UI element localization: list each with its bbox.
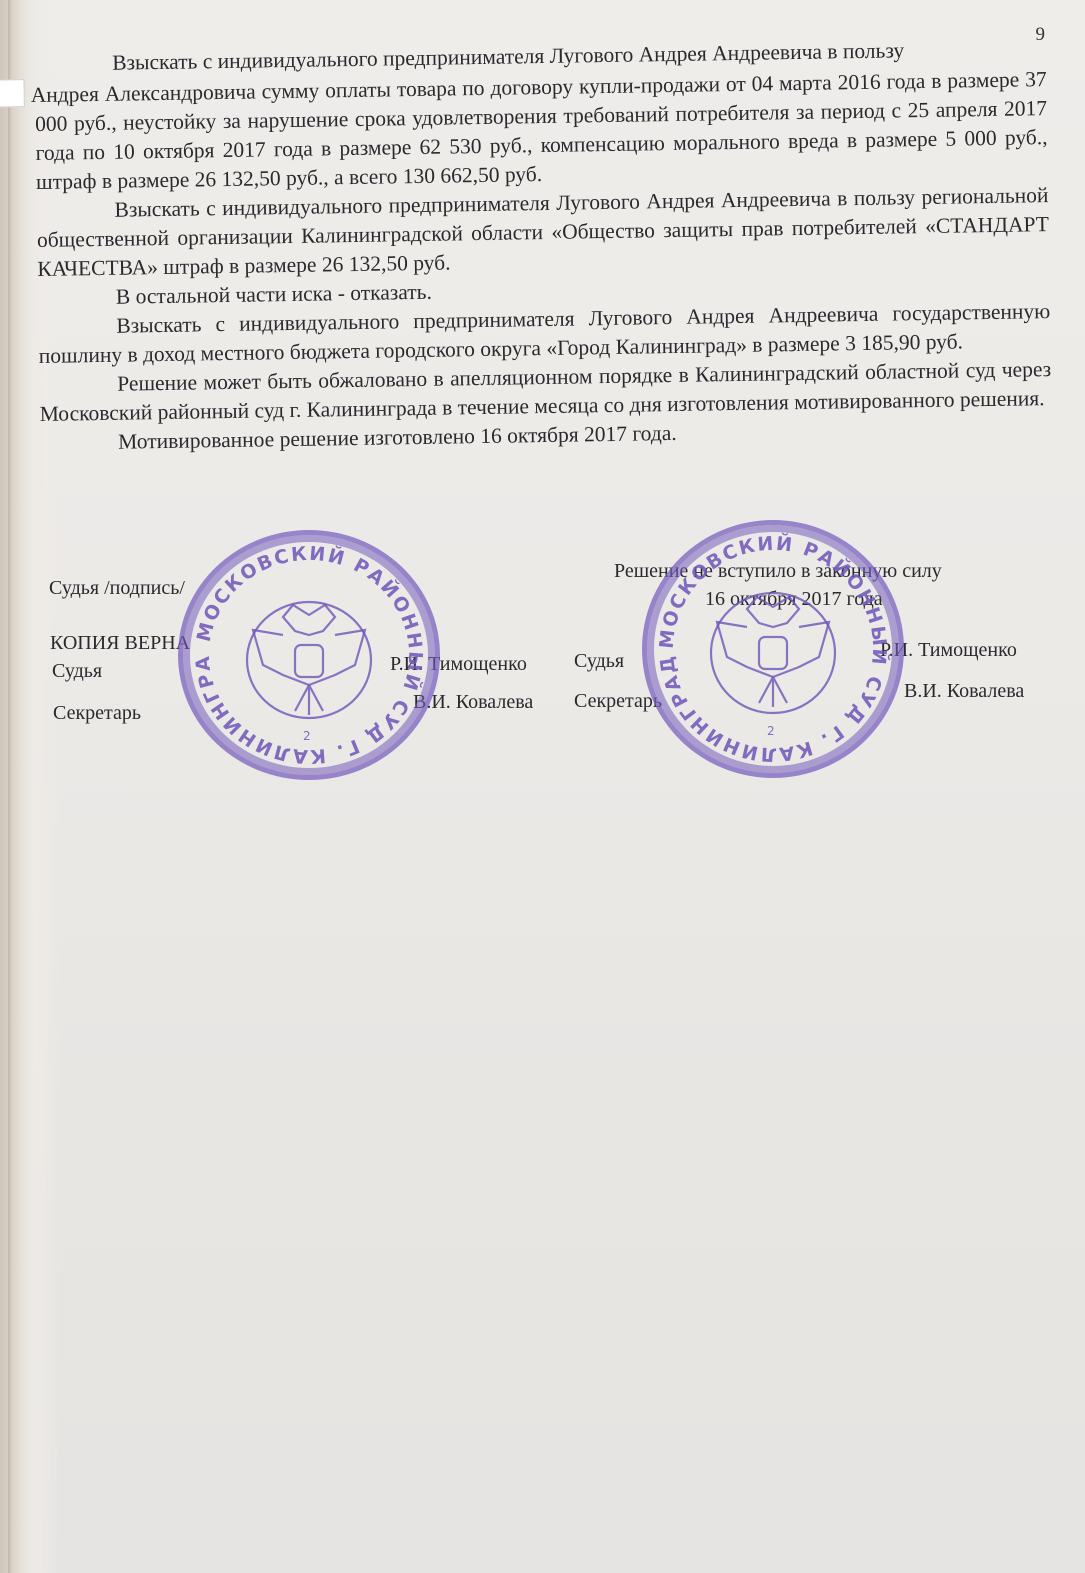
court-seal-graphic: МОСКОВСКИЙ РАЙОННЫЙ СУД Г. КАЛИНИНГРАДА … <box>183 535 435 775</box>
decision-body: Взыскать с индивидуального предпринимате… <box>34 34 1052 458</box>
redacted-surname <box>0 79 25 108</box>
double-headed-eagle-icon <box>247 602 371 718</box>
svg-text:2: 2 <box>767 724 775 738</box>
paragraph-recovery-organization: Взыскать с индивидуального предпринимате… <box>36 181 1049 284</box>
copy-certified-label: КОПИЯ ВЕРНА <box>50 632 190 655</box>
paragraph-recovery-consumer: Взыскать с индивидуального предпринимате… <box>34 34 1048 197</box>
paragraph-text: Андрея Александровича сумму оплаты товар… <box>31 67 1048 194</box>
double-headed-eagle-icon <box>711 593 835 713</box>
judge-signature-line: Судья /подпись/ <box>49 577 185 600</box>
svg-text:2: 2 <box>303 729 311 743</box>
court-seal-right: МОСКОВСКИЙ РАЙОННЫЙ СУД Г. КАЛИНИНГРАДА … <box>642 520 904 778</box>
left-secretary-label: Секретарь <box>53 702 141 725</box>
left-judge-label: Судья <box>52 660 102 683</box>
court-seal-left: МОСКОВСКИЙ РАЙОННЫЙ СУД Г. КАЛИНИНГРАДА … <box>178 530 440 780</box>
paragraph-lead: Взыскать с индивидуального предпринимате… <box>112 38 904 74</box>
right-judge-label: Судья <box>574 650 624 673</box>
court-seal-graphic: МОСКОВСКИЙ РАЙОННЫЙ СУД Г. КАЛИНИНГРАДА … <box>647 525 899 773</box>
right-secretary-name: В.И. Ковалева <box>904 680 1024 703</box>
page-fold-shadow <box>8 0 12 1573</box>
document-page: 9 Взыскать с индивидуального предпринима… <box>0 0 1085 1573</box>
